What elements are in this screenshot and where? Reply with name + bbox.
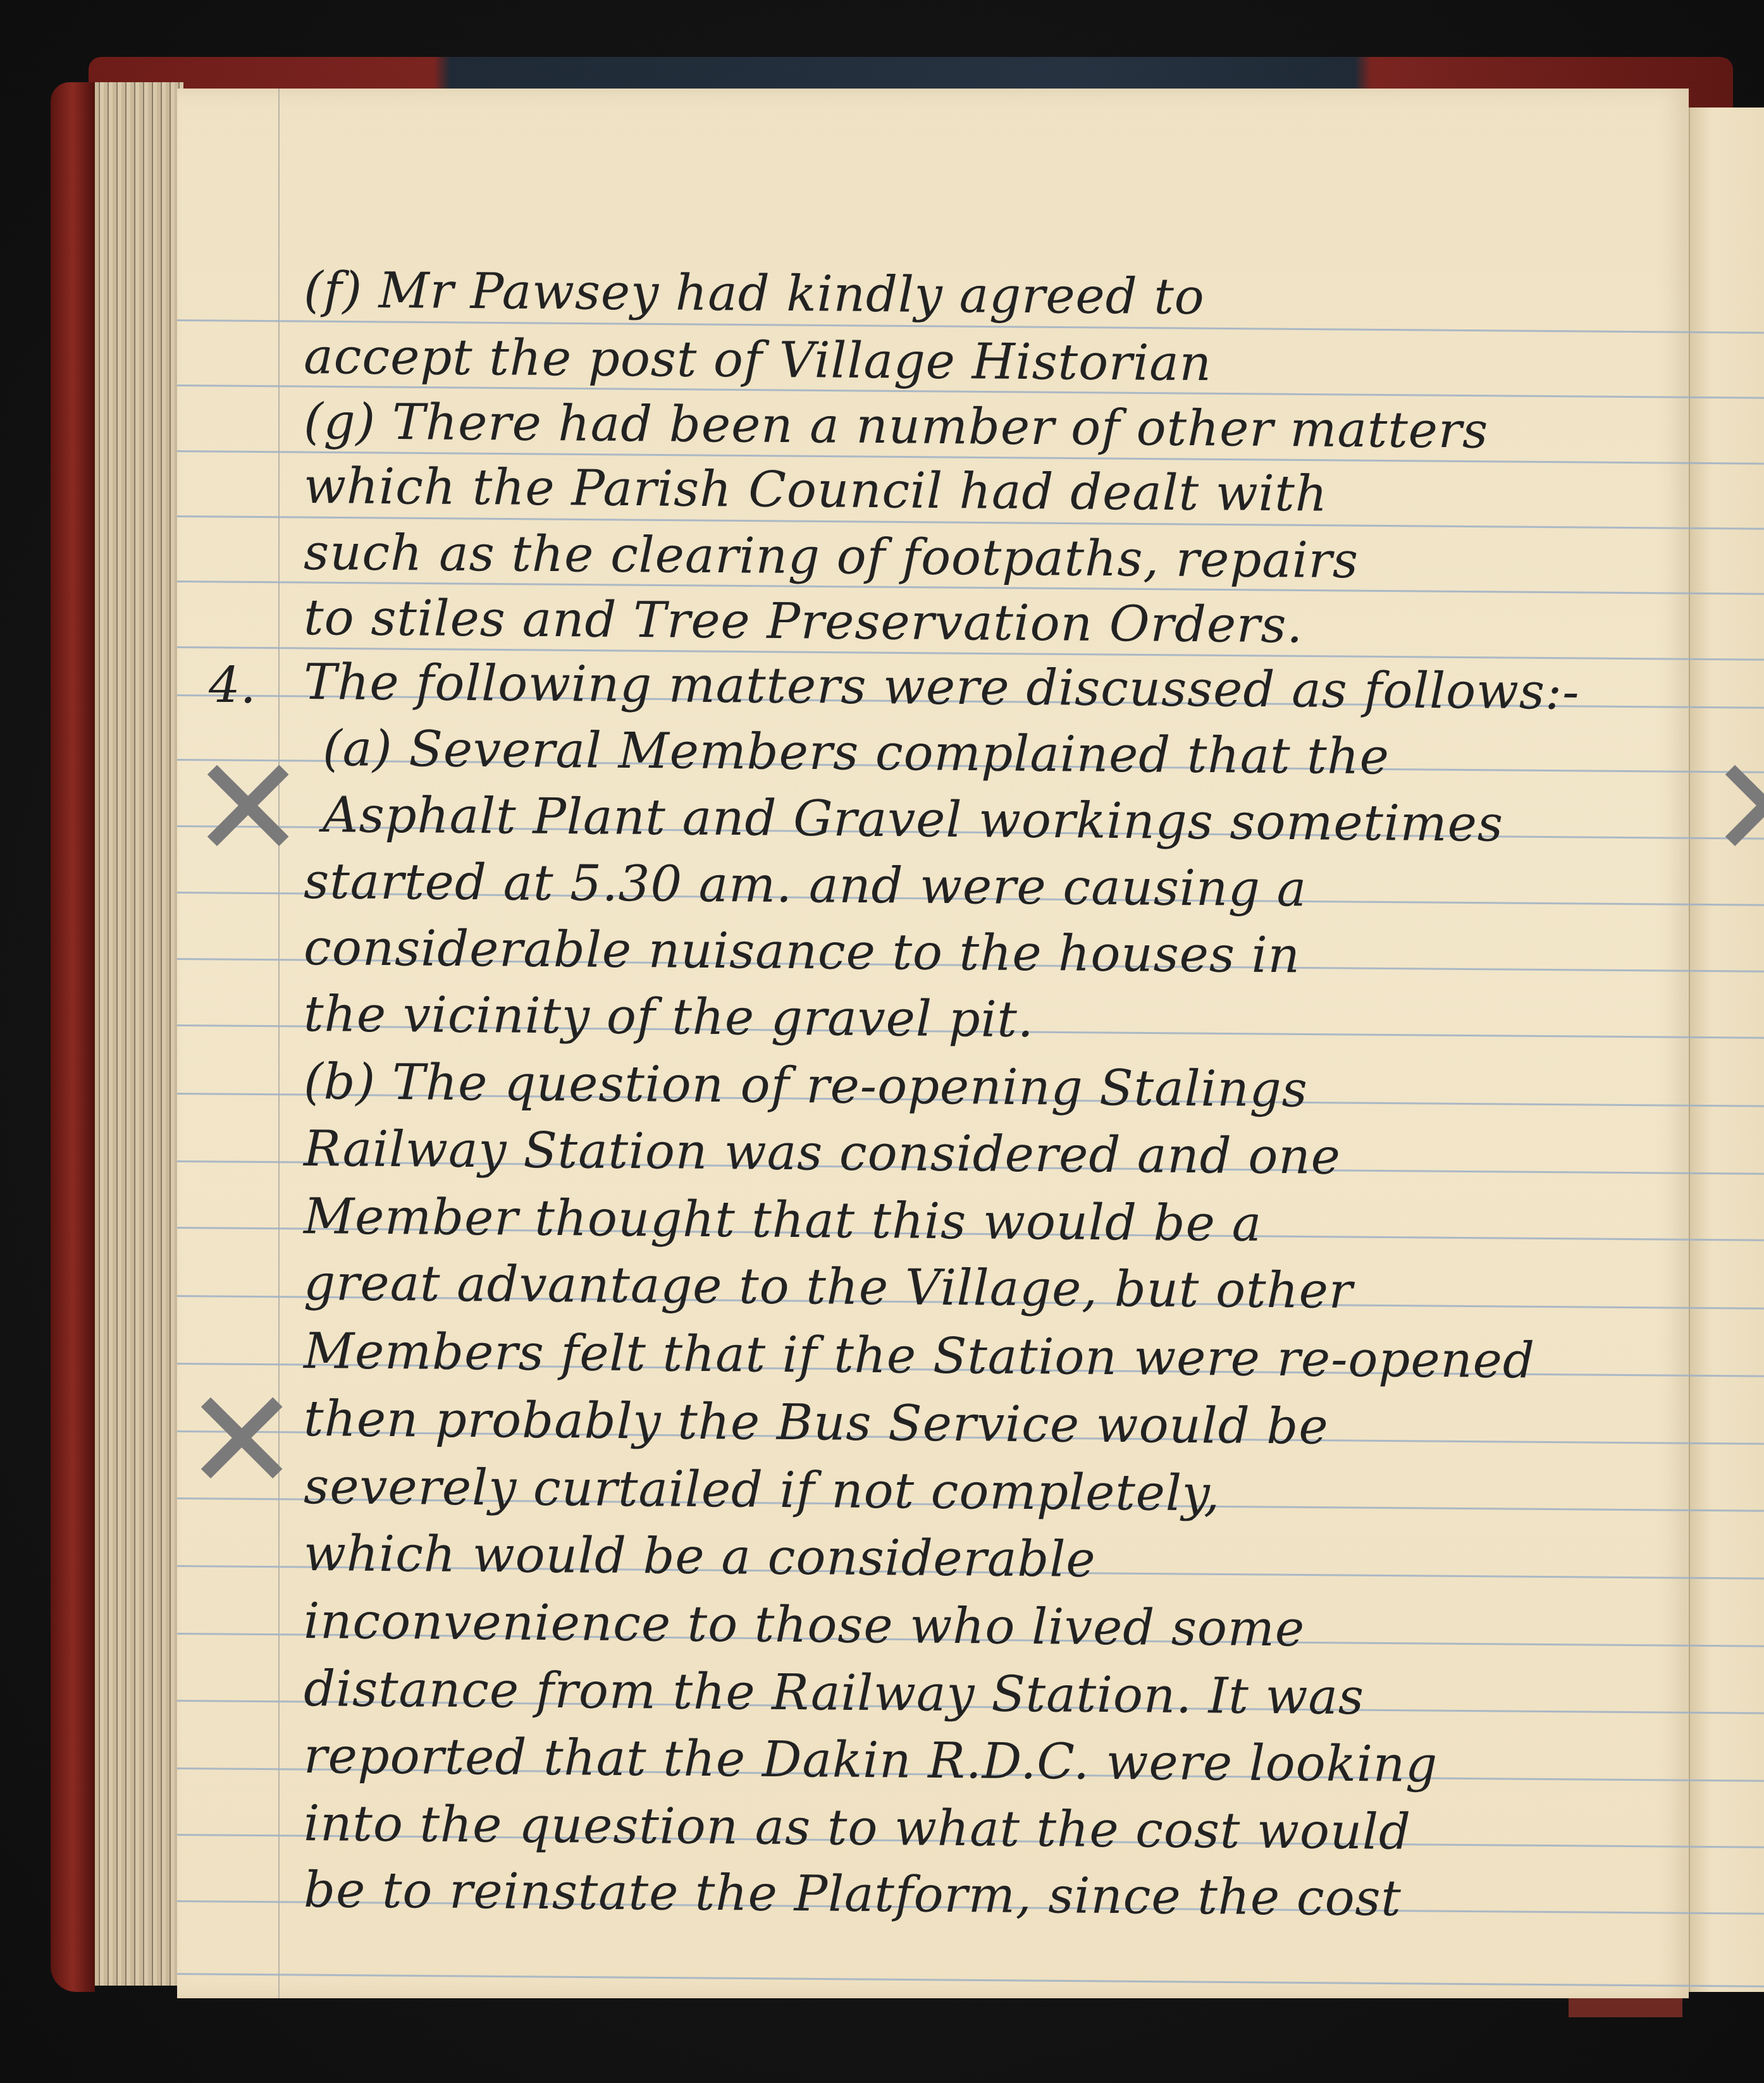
item-number: 4. — [209, 658, 256, 715]
text-line: then probably the Bus Service would be — [304, 1394, 1329, 1452]
text-line: accept the post of Village Historian — [304, 332, 1212, 388]
text-line: distance from the Railway Station. It wa… — [304, 1664, 1364, 1722]
text-line: started at 5.30 am. and were causing a — [304, 857, 1307, 914]
text-line: which would be a considerable — [304, 1529, 1096, 1585]
pencil-x-mark-icon: ✕ — [190, 727, 306, 889]
text-line: The following matters were discussed as … — [304, 658, 1580, 717]
book-cover-edge — [51, 82, 95, 1992]
text-line: reported that the Dakin R.D.C. were look… — [304, 1731, 1438, 1790]
text-line: considerable nuisance to the houses in — [304, 923, 1300, 980]
text-line: (b) The question of re-opening Stalings — [304, 1057, 1308, 1114]
text-line: be to reinstate the Platform, since the … — [304, 1865, 1402, 1924]
text-line: great advantage to the Village, but othe… — [304, 1258, 1353, 1316]
text-line: (f) Mr Pawsey had kindly agreed to — [304, 266, 1205, 322]
text-line: severely curtailed if not completely, — [304, 1462, 1221, 1518]
text-line: such as the clearing of footpaths, repai… — [304, 528, 1359, 586]
text-line: Members felt that if the Station were re… — [304, 1327, 1535, 1386]
pencil-x-mark-icon: ✕ — [183, 1360, 300, 1521]
text-line: (g) There had been a number of other mat… — [304, 397, 1488, 456]
text-line: the vicinity of the gravel pit. — [304, 990, 1034, 1045]
text-line: inconvenience to those who lived some — [304, 1597, 1305, 1654]
text-line: into the question as to what the cost wo… — [304, 1799, 1411, 1857]
facing-page — [1689, 108, 1764, 1992]
text-line: which the Parish Council had dealt with — [304, 462, 1328, 519]
text-line: to stiles and Tree Preservation Orders. — [304, 593, 1303, 650]
text-line: Member thought that this would be a — [304, 1192, 1262, 1249]
margin-rule — [278, 89, 280, 1998]
text-line: Asphalt Plant and Gravel workings someti… — [323, 790, 1503, 849]
text-line: Railway Station was considered and one — [304, 1124, 1341, 1182]
text-line: (a) Several Members complained that the — [323, 724, 1390, 782]
pencil-x-mark-icon: ✕ — [1708, 727, 1764, 889]
page-edges — [95, 82, 183, 1986]
